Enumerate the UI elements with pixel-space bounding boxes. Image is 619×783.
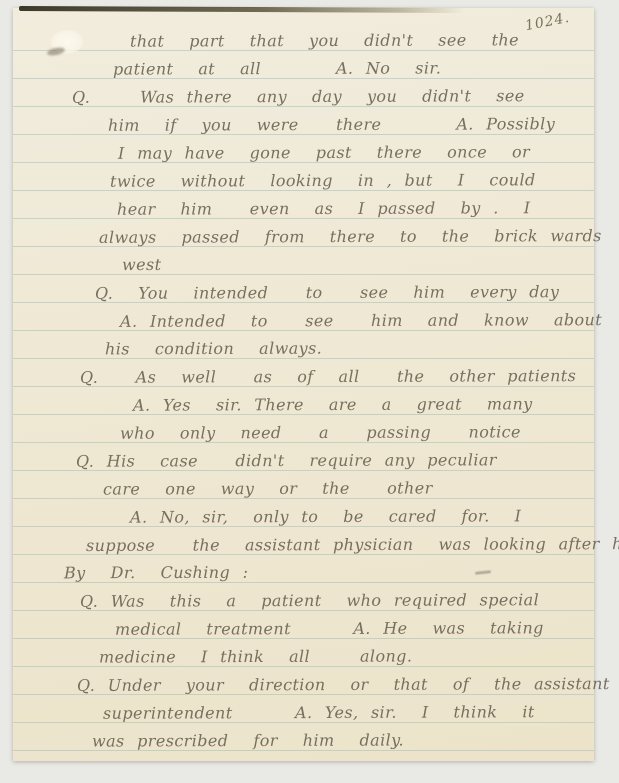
handwritten-line: hear him even as I passed by . I (117, 198, 530, 218)
handwritten-line: Q. Was this a patient who required speci… (80, 590, 539, 611)
handwritten-line: medicine I think all along. (99, 646, 412, 666)
page-number: 1024. (524, 10, 571, 34)
handwritten-line: west (122, 255, 161, 274)
handwritten-line: was prescribed for him daily. (92, 730, 404, 750)
pencil-mark (475, 570, 491, 575)
handwritten-line: care one way or the other (103, 478, 433, 498)
handwritten-line: A. No, sir, only to be cared for. I (130, 506, 521, 526)
handwritten-line: his condition always. (105, 339, 322, 359)
ink-smudge (46, 46, 65, 57)
handwritten-line: Q. Under your direction or that of the a… (77, 674, 610, 695)
handwritten-line: Q. His case didn't require any peculiar (76, 450, 497, 470)
handwritten-line: who only need a passing notice (120, 422, 521, 442)
handwritten-line: him if you were there A. Possibly (108, 114, 555, 135)
handwritten-line: patient at all A. No sir. (113, 58, 441, 78)
handwritten-line: A. Yes sir. There are a great many (133, 394, 533, 414)
handwritten-line: By Dr. Cushing : (64, 563, 248, 583)
handwritten-line: always passed from there to the brick wa… (99, 226, 602, 247)
page-top-edge-shadow (19, 6, 464, 13)
handwritten-line: suppose the assistant physician was look… (86, 534, 619, 555)
handwritten-line: twice without looking in , but I could (110, 170, 536, 190)
handwritten-line: Q. As well as of all the other patients (80, 366, 576, 387)
handwritten-line: A. Intended to see him and know about (120, 310, 602, 331)
handwritten-line: Q. Was there any day you didn't see (72, 86, 525, 107)
manuscript-paper: 1024. that part that you didn't see the … (13, 8, 594, 761)
handwritten-line: superintendent A. Yes, sir. I think it (103, 702, 535, 723)
handwritten-line: that part that you didn't see the (130, 30, 519, 50)
handwritten-line: I may have gone past there once or (118, 142, 530, 162)
handwritten-line: medical treatment A. He was taking (115, 618, 544, 638)
scanned-document: 1024. that part that you didn't see the … (0, 0, 619, 783)
handwritten-line: Q. You intended to see him every day (95, 282, 559, 303)
